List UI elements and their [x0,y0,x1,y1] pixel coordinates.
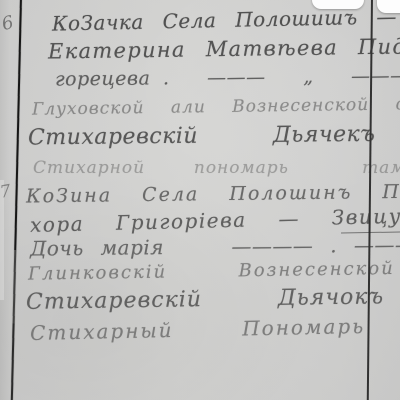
handwriting-line: КоЗина Села Полошинъ Про [26,181,400,208]
handwriting-line: Стихарный Пономарь тамъ [30,311,400,345]
table-row-rule-fragment [341,231,400,233]
overlay-card-left [312,0,364,9]
handwriting-line: Стихарной пономарь тамош [33,158,400,178]
entry-number-6: 6 [0,12,16,35]
handwriting-line: КоЗачка Села Полошишъ — [52,4,397,35]
register-scan-page: 6 7 КоЗачка Села Полошишъ — Екатерина Ма… [0,0,400,400]
handwriting-line: Дочь марія ———— . ———— —— [30,231,400,260]
handwriting-line: Стихаревскій Дьячекъ Сав [28,121,400,151]
table-column-rule-left [11,0,22,400]
handwriting-line: Глуховской али Вознесенской с [32,94,400,119]
handwriting-line: Стихаревскій Дьячокъ Савв [26,282,400,315]
handwriting-line: горецева . ——— „ ——— „ —— [55,64,400,91]
paper-edge-highlight [0,180,4,300]
handwriting-line: Глинковскій Вознесенской Со [28,256,400,284]
table-column-rule-right [367,0,373,400]
overlay-card-right [377,0,400,13]
handwriting-line: Екатерина Матвѣева Пид [48,34,400,63]
